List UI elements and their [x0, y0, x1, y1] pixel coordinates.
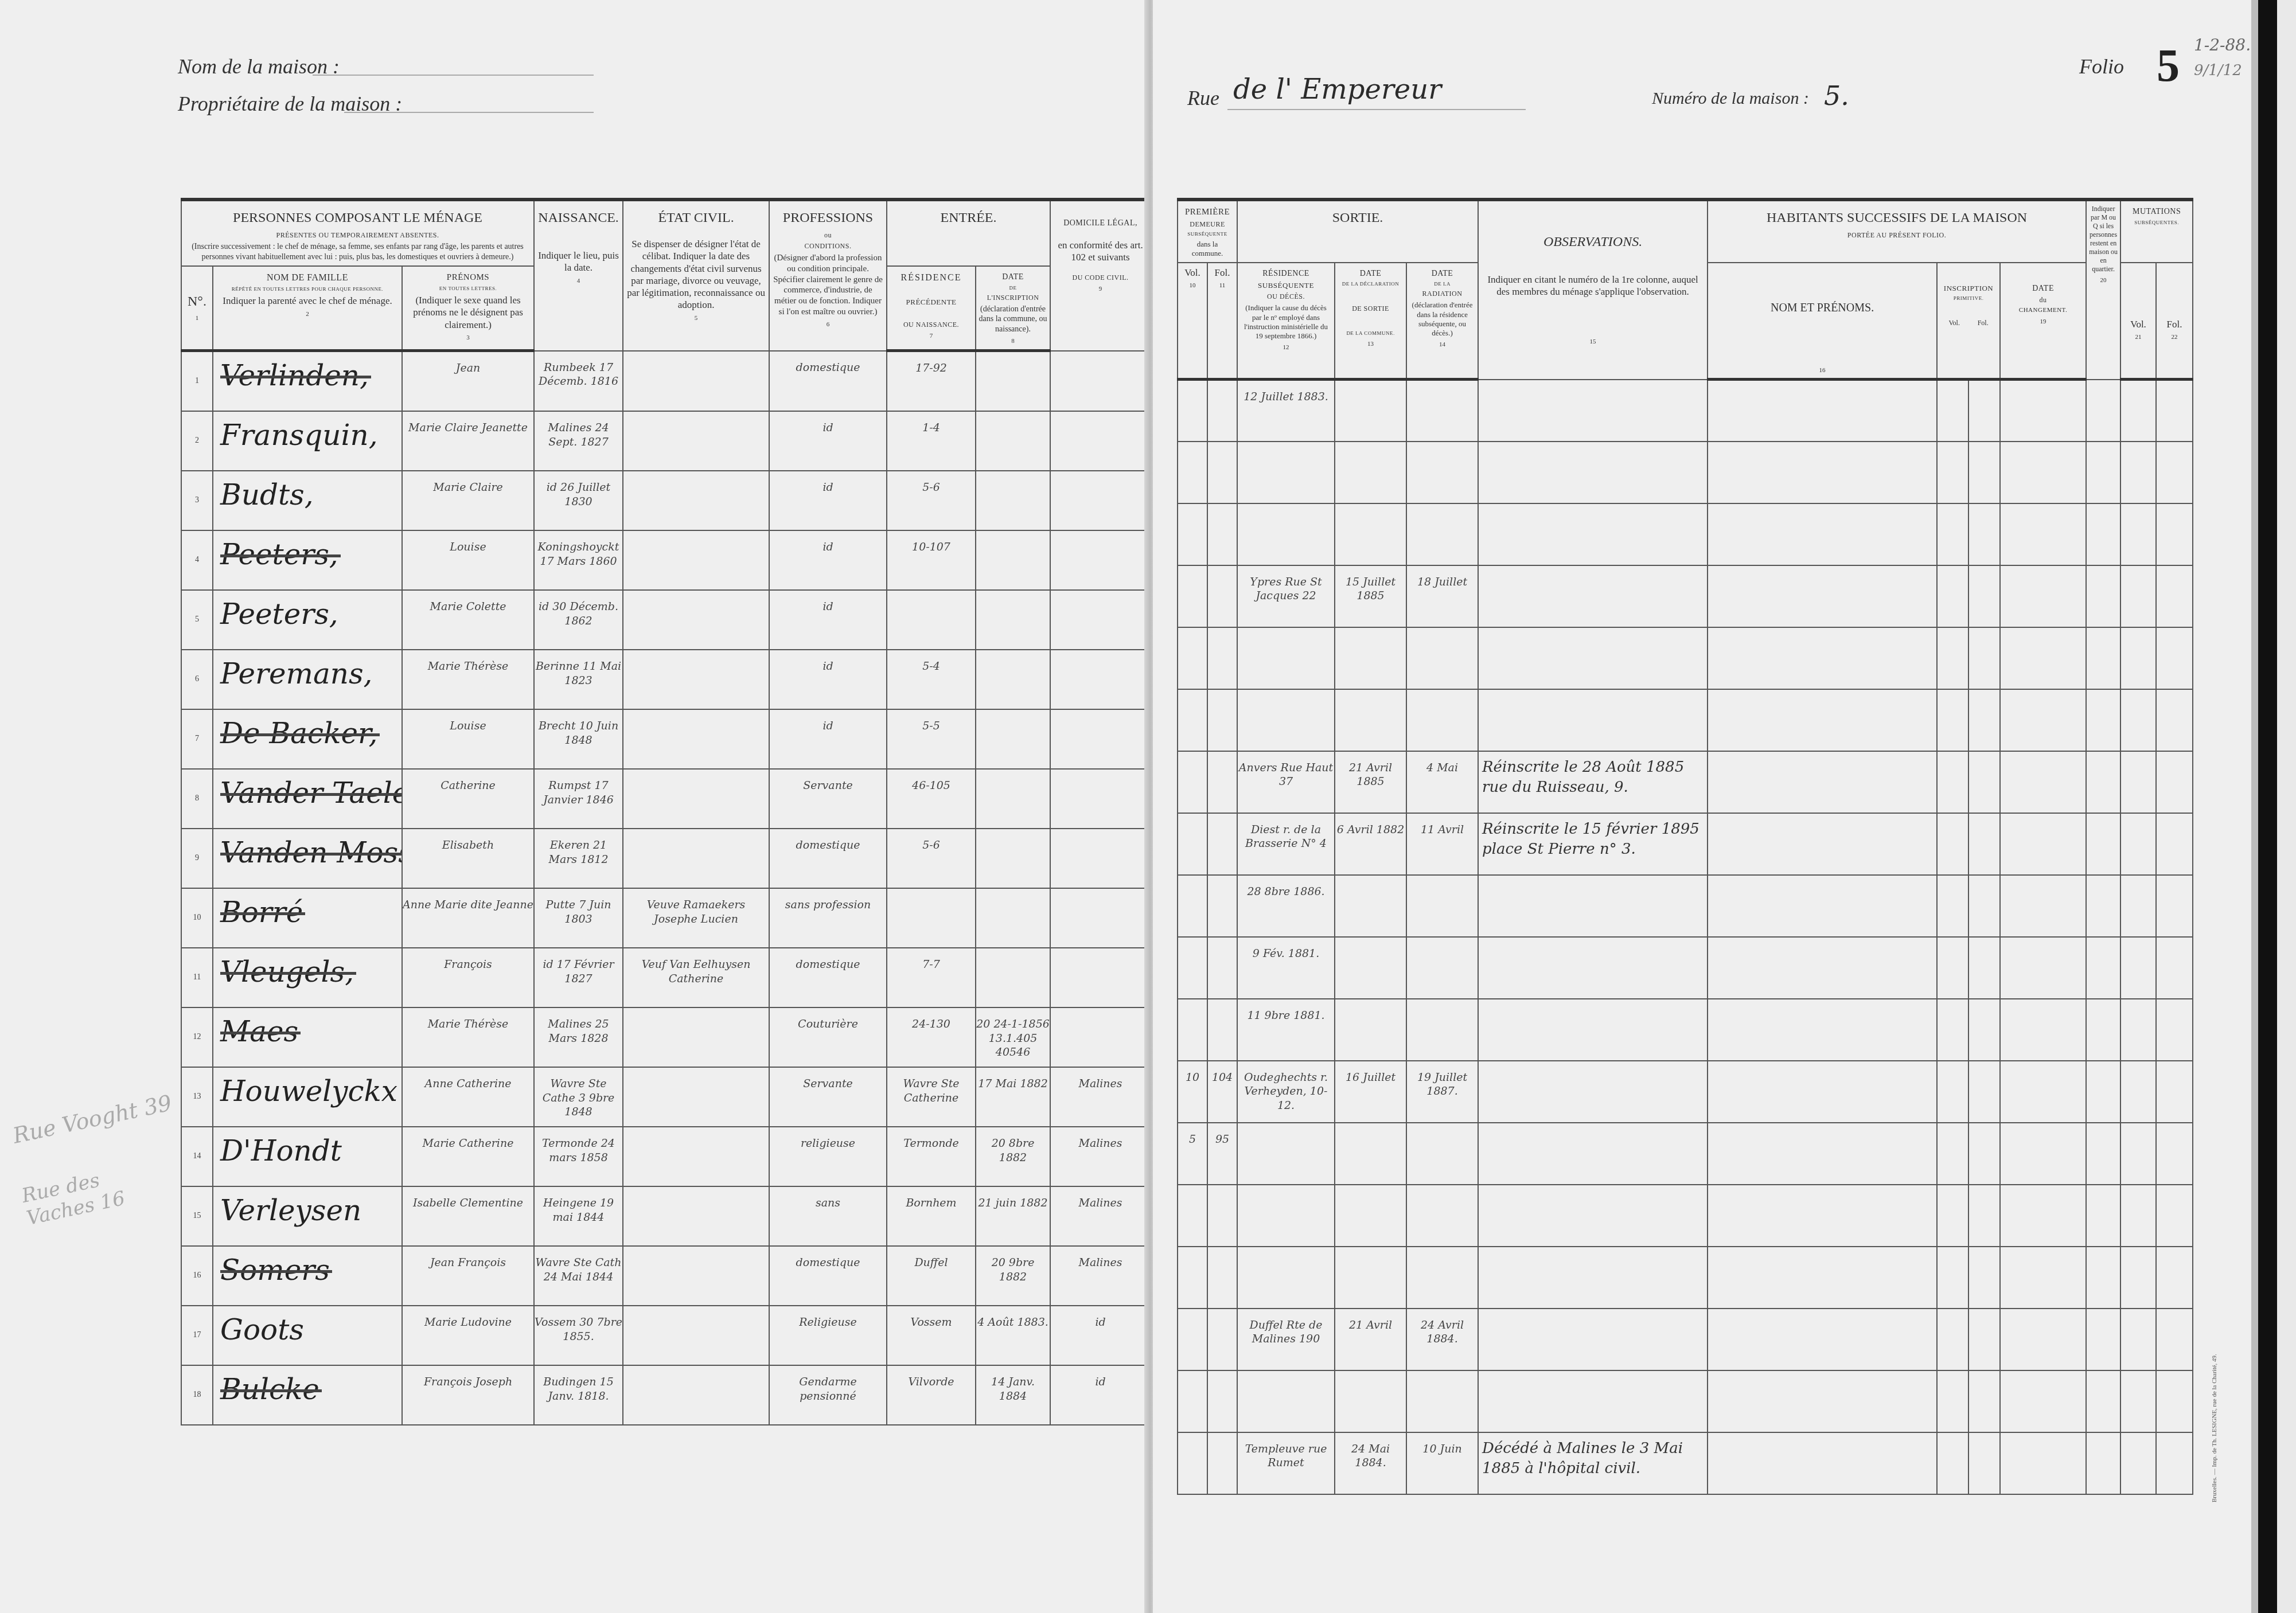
- row-number: 6: [181, 650, 213, 709]
- inscription-fol: [1968, 442, 2000, 503]
- change-date: [2000, 1247, 2086, 1309]
- legal-domicile: [1050, 411, 1151, 471]
- previous-residence: Bornhem: [887, 1186, 976, 1246]
- radiation-date: [1406, 875, 1478, 937]
- folio-number: 5: [2157, 40, 2180, 92]
- inscription-date: 4 Août 1883.: [976, 1306, 1050, 1365]
- previous-residence: Wavre Ste Catherine: [887, 1067, 976, 1127]
- table-row: [1178, 1185, 2193, 1247]
- inscription-fol: [1968, 1123, 2000, 1185]
- legal-domicile: [1050, 530, 1151, 590]
- family-name: Peremans,: [213, 650, 402, 709]
- m-or-q: [2086, 999, 2120, 1061]
- first-residence-vol: [1178, 1185, 1207, 1247]
- declaration-date: [1335, 1185, 1406, 1247]
- previous-residence: 10-107: [887, 530, 976, 590]
- m-or-q: [2086, 937, 2120, 999]
- mutation-fol: [2156, 1247, 2193, 1309]
- printer-imprint: Bruxelles. — Imp. de Th. LESIGNE, rue de…: [2211, 1354, 2218, 1502]
- mutation-fol: [2156, 1185, 2193, 1247]
- first-residence-fol: [1207, 1309, 1237, 1370]
- inscription-fol: [1968, 565, 2000, 627]
- family-name: Houwelyckx: [213, 1067, 402, 1127]
- successive-inhabitant-name: [1708, 380, 1937, 442]
- first-names: Catherine: [402, 769, 534, 829]
- observations-header: OBSERVATIONS. Indiquer en citant le numé…: [1478, 200, 1708, 380]
- family-name: Verlinden,: [213, 351, 402, 412]
- row-number: 13: [181, 1067, 213, 1127]
- family-name: De Backer,: [213, 709, 402, 769]
- m-or-q: [2086, 1247, 2120, 1309]
- mutation-fol: [2156, 565, 2193, 627]
- table-row: 3Budts,Marie Claireid 26 Juillet 1830id5…: [181, 471, 1151, 530]
- birth-place-date: Malines 25 Mars 1828: [534, 1007, 623, 1067]
- birth-place-date: Berinne 11 Mai 1823: [534, 650, 623, 709]
- inscription-date: 21 juin 1882: [976, 1186, 1050, 1246]
- subsequent-residence: [1237, 1247, 1335, 1309]
- mutation-vol: [2120, 813, 2156, 875]
- first-names: Isabelle Clementine: [402, 1186, 534, 1246]
- m-or-q: [2086, 380, 2120, 442]
- m-or-q: [2086, 813, 2120, 875]
- table-row: 17GootsMarie LudovineVossem 30 7bre 1855…: [181, 1306, 1151, 1365]
- first-residence-fol: 104: [1207, 1061, 1237, 1123]
- first-residence-vol: [1178, 503, 1207, 565]
- mutation-fol: [2156, 751, 2193, 813]
- inscription-fol: [1968, 380, 2000, 442]
- civil-status: [623, 471, 769, 530]
- first-residence-vol: [1178, 442, 1207, 503]
- family-name: Budts,: [213, 471, 402, 530]
- radiation-date: [1406, 1123, 1478, 1185]
- mutation-fol: [2156, 1061, 2193, 1123]
- first-residence-fol: [1207, 565, 1237, 627]
- table-row: 28 8bre 1886.: [1178, 875, 2193, 937]
- change-date: [2000, 380, 2086, 442]
- profession: domestique: [769, 351, 887, 412]
- first-names: Jean François: [402, 1246, 534, 1306]
- m-or-q: [2086, 875, 2120, 937]
- successive-inhabitant-name: [1708, 689, 1937, 751]
- first-residence-fol: [1207, 999, 1237, 1061]
- inscription-vol: [1937, 751, 1968, 813]
- mutation-vol: [2120, 1309, 2156, 1370]
- profession: domestique: [769, 829, 887, 888]
- subsequent-residence: Templeuve rue Rumet: [1237, 1432, 1335, 1494]
- first-residence-vol: [1178, 999, 1207, 1061]
- first-residence-fol: [1207, 442, 1237, 503]
- date-changement-header: DATE du CHANGEMENT. 19: [2000, 263, 2086, 380]
- previous-residence: 5-5: [887, 709, 976, 769]
- inscription-vol: [1937, 1061, 1968, 1123]
- first-names: Elisabeth: [402, 829, 534, 888]
- table-row: 11 9bre 1881.: [1178, 999, 2193, 1061]
- inscription-fol: [1968, 751, 2000, 813]
- change-date: [2000, 875, 2086, 937]
- successive-inhabitant-name: [1708, 1123, 1937, 1185]
- successive-inhabitant-name: [1708, 813, 1937, 875]
- professions-header: PROFESSIONS ou CONDITIONS. (Désigner d'a…: [769, 200, 887, 351]
- first-residence-fol: [1207, 813, 1237, 875]
- profession: id: [769, 471, 887, 530]
- change-date: [2000, 1061, 2086, 1123]
- legal-domicile: [1050, 709, 1151, 769]
- declaration-date: 15 Juillet 1885: [1335, 565, 1406, 627]
- civil-status: [623, 1127, 769, 1186]
- row-number: 3: [181, 471, 213, 530]
- first-names: Marie Claire Jeanette: [402, 411, 534, 471]
- subsequent-residence: 11 9bre 1881.: [1237, 999, 1335, 1061]
- observation: [1478, 503, 1708, 565]
- mutation-fol: [2156, 999, 2193, 1061]
- previous-residence: 5-6: [887, 829, 976, 888]
- inscription-fol: [1968, 627, 2000, 689]
- previous-residence: Vossem: [887, 1306, 976, 1365]
- profession: Servante: [769, 769, 887, 829]
- inscription-vol: [1937, 689, 1968, 751]
- table-row: 6Peremans,Marie ThérèseBerinne 11 Mai 18…: [181, 650, 1151, 709]
- first-names: Anne Catherine: [402, 1067, 534, 1127]
- legal-domicile: [1050, 590, 1151, 650]
- premiere-demeure-header: PREMIÈRE DEMEURE SUBSÉQUENTE dans la com…: [1178, 200, 1237, 263]
- inscription-vol: [1937, 627, 1968, 689]
- inscription-fol: [1968, 1247, 2000, 1309]
- birth-place-date: Rumpst 17 Janvier 1846: [534, 769, 623, 829]
- birth-place-date: Wavre Ste Cath 24 Mai 1844: [534, 1246, 623, 1306]
- civil-status: [623, 1306, 769, 1365]
- profession: religieuse: [769, 1127, 887, 1186]
- row-number: 14: [181, 1127, 213, 1186]
- mutation-fol: [2156, 689, 2193, 751]
- birth-place-date: Rumbeek 17 Décemb. 1816: [534, 351, 623, 412]
- successive-inhabitant-name: [1708, 1432, 1937, 1494]
- family-name: Goots: [213, 1306, 402, 1365]
- inscription-date: [976, 948, 1050, 1007]
- m-or-q: [2086, 565, 2120, 627]
- change-date: [2000, 1370, 2086, 1432]
- mutation-vol: [2120, 565, 2156, 627]
- first-residence-fol: 95: [1207, 1123, 1237, 1185]
- m-or-q: [2086, 689, 2120, 751]
- observation: [1478, 1185, 1708, 1247]
- civil-status: Veuve Ramaekers Josephe Lucien: [623, 888, 769, 948]
- inscription-fol: [1968, 999, 2000, 1061]
- inscription-date: [976, 471, 1050, 530]
- change-date: [2000, 1309, 2086, 1370]
- corner-note: 1-2-88.: [2194, 36, 2251, 54]
- birth-place-date: id 17 Février 1827: [534, 948, 623, 1007]
- first-names: Louise: [402, 709, 534, 769]
- family-name: Verleysen: [213, 1186, 402, 1246]
- inscription-date: [976, 888, 1050, 948]
- radiation-date: [1406, 937, 1478, 999]
- profession: domestique: [769, 1246, 887, 1306]
- legal-domicile: [1050, 471, 1151, 530]
- first-names: Marie Catherine: [402, 1127, 534, 1186]
- row-number: 18: [181, 1365, 213, 1425]
- m-or-q: [2086, 627, 2120, 689]
- previous-residence: [887, 888, 976, 948]
- mutations-vol-header: Vol.21: [2120, 263, 2156, 380]
- subsequent-residence: Diest r. de la Brasserie N° 4: [1237, 813, 1335, 875]
- m-or-q: [2086, 1185, 2120, 1247]
- row-number: 11: [181, 948, 213, 1007]
- profession: id: [769, 590, 887, 650]
- row-number: 7: [181, 709, 213, 769]
- observation: [1478, 1061, 1708, 1123]
- first-residence-vol: [1178, 1247, 1207, 1309]
- inscription-vol: [1937, 1309, 1968, 1370]
- previous-residence: 5-4: [887, 650, 976, 709]
- civil-status: [623, 530, 769, 590]
- table-row: 9Vanden MosselaerElisabethEkeren 21 Mars…: [181, 829, 1151, 888]
- m-or-q: [2086, 1123, 2120, 1185]
- table-row: Diest r. de la Brasserie N° 46 Avril 188…: [1178, 813, 2193, 875]
- table-row: [1178, 627, 2193, 689]
- first-residence-fol: [1207, 503, 1237, 565]
- declaration-date: 21 Avril: [1335, 1309, 1406, 1370]
- previous-residence: 5-6: [887, 471, 976, 530]
- civil-status: [623, 650, 769, 709]
- subsequent-residence: Anvers Rue Haut 37: [1237, 751, 1335, 813]
- row-number: 8: [181, 769, 213, 829]
- mutation-fol: [2156, 1370, 2193, 1432]
- house-name-field: [313, 75, 594, 76]
- table-row: 13HouwelyckxAnne CatherineWavre Ste Cath…: [181, 1067, 1151, 1127]
- legal-domicile: Malines: [1050, 1127, 1151, 1186]
- family-name: Borré: [213, 888, 402, 948]
- inscription-vol: [1937, 999, 1968, 1061]
- first-names: François: [402, 948, 534, 1007]
- habitants-successifs-header: HABITANTS SUCCESSIFS DE LA MAISON PORTÉE…: [1708, 200, 2086, 263]
- observation: Décédé à Malines le 3 Mai 1885 à l'hôpit…: [1478, 1432, 1708, 1494]
- birth-place-date: Malines 24 Sept. 1827: [534, 411, 623, 471]
- declaration-date: 21 Avril 1885: [1335, 751, 1406, 813]
- mutation-fol: [2156, 875, 2193, 937]
- change-date: [2000, 442, 2086, 503]
- radiation-date: 10 Juin: [1406, 1432, 1478, 1494]
- menage-header: PERSONNES COMPOSANT LE MÉNAGE PRÉSENTES …: [181, 200, 534, 266]
- successive-inhabitant-name: [1708, 503, 1937, 565]
- declaration-date: [1335, 1247, 1406, 1309]
- inscription-date: 17 Mai 1882: [976, 1067, 1050, 1127]
- first-residence-vol: [1178, 1309, 1207, 1370]
- first-residence-vol: [1178, 751, 1207, 813]
- birth-place-date: Putte 7 Juin 1803: [534, 888, 623, 948]
- family-name: D'Hondt: [213, 1127, 402, 1186]
- successive-inhabitant-name: [1708, 1061, 1937, 1123]
- previous-residence: 7-7: [887, 948, 976, 1007]
- previous-residence: Termonde: [887, 1127, 976, 1186]
- folio-label: Folio: [2079, 54, 2124, 79]
- first-names: Marie Thérèse: [402, 650, 534, 709]
- observation: [1478, 380, 1708, 442]
- radiation-date: 24 Avril 1884.: [1406, 1309, 1478, 1370]
- table-row: 15VerleysenIsabelle ClementineHeingene 1…: [181, 1186, 1151, 1246]
- civil-status: Veuf Van Eelhuysen Catherine: [623, 948, 769, 1007]
- table-row: [1178, 1370, 2193, 1432]
- legal-domicile: [1050, 769, 1151, 829]
- mutation-fol: [2156, 1123, 2193, 1185]
- page-edge-shadow: [2251, 0, 2258, 1613]
- inscription-fol: [1968, 1309, 2000, 1370]
- inscription-fol: [1968, 1432, 2000, 1494]
- inscription-fol: [1968, 1061, 2000, 1123]
- civil-status: [623, 1007, 769, 1067]
- table-row: [1178, 503, 2193, 565]
- mutation-vol: [2120, 1432, 2156, 1494]
- declaration-date: [1335, 627, 1406, 689]
- first-residence-vol: [1178, 565, 1207, 627]
- table-row: 14D'HondtMarie CatherineTermonde 24 mars…: [181, 1127, 1151, 1186]
- declaration-date: [1335, 442, 1406, 503]
- m-or-q: [2086, 1061, 2120, 1123]
- radiation-date: [1406, 999, 1478, 1061]
- first-residence-vol: [1178, 813, 1207, 875]
- right-register-table: PREMIÈRE DEMEURE SUBSÉQUENTE dans la com…: [1177, 198, 2193, 1495]
- residence-precedente-header: RÉSIDENCE PRÉCÉDENTE OU NAISSANCE. 7: [887, 266, 976, 351]
- prenoms-header: PRÉNOMS EN TOUTES LETTRES. (Indiquer le …: [402, 266, 534, 351]
- first-residence-vol: [1178, 1432, 1207, 1494]
- declaration-date: [1335, 380, 1406, 442]
- successive-inhabitant-name: [1708, 1309, 1937, 1370]
- nom-famille-header: NOM DE FAMILLE RÉPÉTÉ EN TOUTES LETTRES …: [213, 266, 402, 351]
- civil-status: [623, 829, 769, 888]
- table-row: 10BorréAnne Marie dite JeannePutte 7 Jui…: [181, 888, 1151, 948]
- mutation-vol: [2120, 875, 2156, 937]
- radiation-date: 19 Juillet 1887.: [1406, 1061, 1478, 1123]
- previous-residence: Vilvorde: [887, 1365, 976, 1425]
- etat-civil-header: ÉTAT CIVIL. Se dispenser de désigner l'é…: [623, 200, 769, 351]
- birth-place-date: Budingen 15 Janv. 1818.: [534, 1365, 623, 1425]
- profession: domestique: [769, 948, 887, 1007]
- date-inscription-header: DATE DE L'INSCRIPTION (déclaration d'ent…: [976, 266, 1050, 351]
- inscription-vol: [1937, 937, 1968, 999]
- house-number-value: 5.: [1824, 80, 1849, 111]
- observation: [1478, 442, 1708, 503]
- observation: [1478, 565, 1708, 627]
- first-names: Marie Ludovine: [402, 1306, 534, 1365]
- radiation-date: [1406, 1370, 1478, 1432]
- mutation-vol: [2120, 937, 2156, 999]
- legal-domicile: [1050, 351, 1151, 412]
- mutation-fol: [2156, 813, 2193, 875]
- mutation-fol: [2156, 627, 2193, 689]
- first-names: Louise: [402, 530, 534, 590]
- profession: Servante: [769, 1067, 887, 1127]
- table-row: 5Peeters,Marie Coletteid 30 Décemb. 1862…: [181, 590, 1151, 650]
- first-names: Anne Marie dite Jeanne: [402, 888, 534, 948]
- inscription-fol: [1968, 689, 2000, 751]
- legal-domicile: [1050, 1007, 1151, 1067]
- table-row: 12MaesMarie ThérèseMalines 25 Mars 1828C…: [181, 1007, 1151, 1067]
- inscription-vol: [1937, 1370, 1968, 1432]
- subsequent-residence: Ypres Rue St Jacques 22: [1237, 565, 1335, 627]
- profession: sans: [769, 1186, 887, 1246]
- inscription-vol: [1937, 1185, 1968, 1247]
- radiation-date: [1406, 627, 1478, 689]
- first-residence-fol: [1207, 751, 1237, 813]
- observation: [1478, 1370, 1708, 1432]
- successive-inhabitant-name: [1708, 751, 1937, 813]
- date-declaration-header: DATE DE LA DÉCLARATION DE SORTIE DE LA C…: [1335, 263, 1406, 380]
- profession: Religieuse: [769, 1306, 887, 1365]
- row-number: 4: [181, 530, 213, 590]
- profession: id: [769, 650, 887, 709]
- residence-subsequente-header: RÉSIDENCE SUBSÉQUENTE OU DÉCÈS. (Indique…: [1237, 263, 1335, 380]
- previous-residence: [887, 590, 976, 650]
- table-row: Duffel Rte de Malines 19021 Avril24 Avri…: [1178, 1309, 2193, 1370]
- premiere-fol-header: Fol.11: [1207, 263, 1237, 380]
- profession: sans profession: [769, 888, 887, 948]
- mutation-vol: [2120, 442, 2156, 503]
- row-number: 17: [181, 1306, 213, 1365]
- table-row: 16SomersJean FrançoisWavre Ste Cath 24 M…: [181, 1246, 1151, 1306]
- m-or-q: [2086, 503, 2120, 565]
- successive-inhabitant-name: [1708, 999, 1937, 1061]
- first-residence-vol: 10: [1178, 1061, 1207, 1123]
- inscription-vol: [1937, 380, 1968, 442]
- civil-status: [623, 351, 769, 412]
- row-number: 10: [181, 888, 213, 948]
- street-label: Rue: [1187, 86, 1219, 110]
- m-or-q: [2086, 1309, 2120, 1370]
- birth-place-date: id 26 Juillet 1830: [534, 471, 623, 530]
- inscription-vol: [1937, 1247, 1968, 1309]
- civil-status: [623, 411, 769, 471]
- first-residence-fol: [1207, 689, 1237, 751]
- inscription-vol: [1937, 503, 1968, 565]
- left-register-table: PERSONNES COMPOSANT LE MÉNAGE PRÉSENTES …: [181, 198, 1151, 1425]
- first-residence-vol: [1178, 875, 1207, 937]
- sortie-header: SORTIE.: [1237, 200, 1478, 263]
- civil-status: [623, 709, 769, 769]
- civil-status: [623, 1186, 769, 1246]
- declaration-date: [1335, 1370, 1406, 1432]
- family-name: Bulcke: [213, 1365, 402, 1425]
- inscription-vol: [1937, 813, 1968, 875]
- inscription-vol: [1937, 1432, 1968, 1494]
- legal-domicile: id: [1050, 1365, 1151, 1425]
- radiation-date: [1406, 1185, 1478, 1247]
- profession: id: [769, 709, 887, 769]
- inscription-date: 20 24-1-1856 13.1.405 40546: [976, 1007, 1050, 1067]
- inscription-date: [976, 530, 1050, 590]
- family-name: Maes: [213, 1007, 402, 1067]
- birth-place-date: Termonde 24 mars 1858: [534, 1127, 623, 1186]
- mutation-vol: [2120, 751, 2156, 813]
- profession: id: [769, 411, 887, 471]
- first-residence-vol: [1178, 689, 1207, 751]
- first-residence-vol: [1178, 1370, 1207, 1432]
- civil-status: [623, 1365, 769, 1425]
- table-row: 12 Juillet 1883.: [1178, 380, 2193, 442]
- radiation-date: [1406, 503, 1478, 565]
- table-row: 10104Oudeghechts r. Verheyden, 10-12.16 …: [1178, 1061, 2193, 1123]
- inscription-primitive-header: INSCRIPTION PRIMITIVE. Vol.Fol.: [1937, 263, 2000, 380]
- civil-status: [623, 769, 769, 829]
- inscription-fol: [1968, 1370, 2000, 1432]
- m-or-q: [2086, 751, 2120, 813]
- table-row: 11Vleugels,Françoisid 17 Février 1827Veu…: [181, 948, 1151, 1007]
- successive-inhabitant-name: [1708, 565, 1937, 627]
- row-number: 5: [181, 590, 213, 650]
- first-residence-vol: [1178, 937, 1207, 999]
- premiere-vol-header: Vol.10: [1178, 263, 1207, 380]
- family-name: Vander Taelen: [213, 769, 402, 829]
- first-residence-fol: [1207, 875, 1237, 937]
- declaration-date: 16 Juillet: [1335, 1061, 1406, 1123]
